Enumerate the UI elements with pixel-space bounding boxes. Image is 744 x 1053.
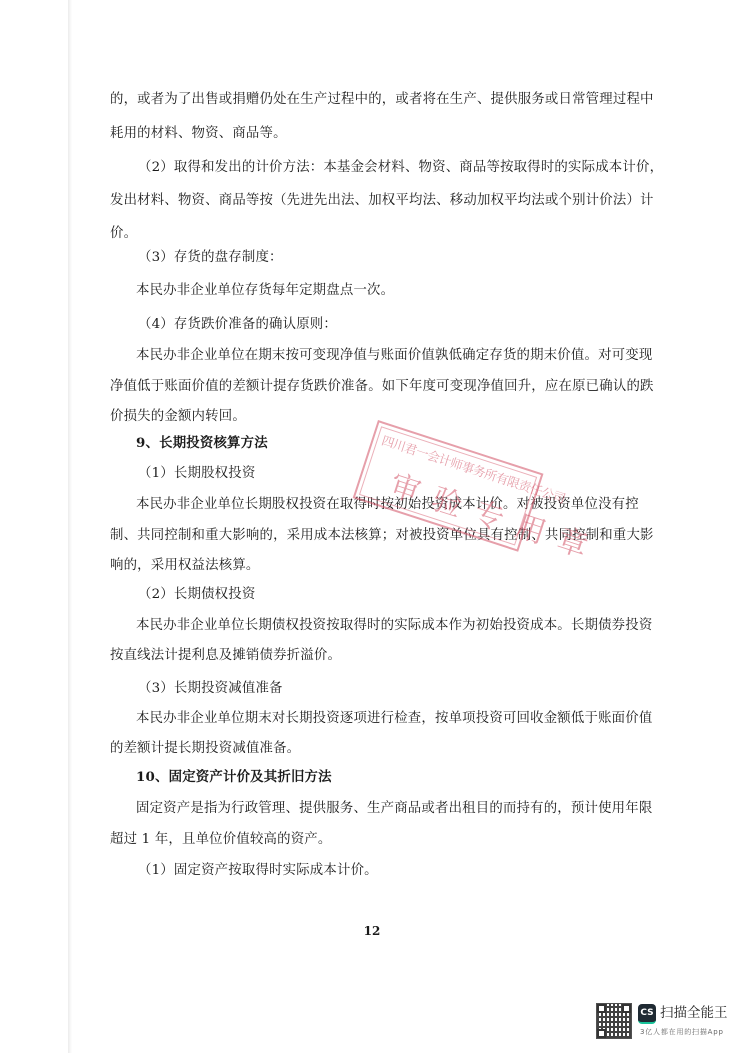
body-line: 耗用的材料、物资、商品等。 — [110, 125, 287, 143]
body-line: 固定资产是指为行政管理、提供服务、生产商品或者出租目的而持有的，预计使用年限 — [136, 800, 652, 818]
subsection-heading: （2）取得和发出的计价方法：本基金会材料、物资、商品等按取得时的实际成本计价， — [138, 159, 663, 177]
subsection-heading: （3）长期投资减值准备 — [138, 680, 283, 698]
camscanner-app-name: 扫描全能王 — [660, 1004, 728, 1022]
document-page: 的，或者为了出售或捐赠仍处在生产过程中的，或者将在生产、提供服务或日常管理过程中… — [0, 0, 744, 1053]
camscanner-logo-icon: CS — [638, 1004, 656, 1024]
subsection-heading: （3）存货的盘存制度： — [138, 249, 283, 267]
camscanner-tagline: 3亿人都在用的扫描App — [640, 1027, 724, 1037]
body-line: 的差额计提长期投资减值准备。 — [110, 740, 300, 758]
body-line: 制、共同控制和重大影响的，采用成本法核算；对被投资单位具有控制、共同控制和重大影 — [110, 527, 654, 545]
subsection-heading: （1）固定资产按取得时实际成本计价。 — [138, 862, 378, 880]
qr-finder-pattern — [622, 1004, 631, 1013]
qr-finder-pattern — [597, 1004, 606, 1013]
camscanner-watermark: CS 扫描全能王 3亿人都在用的扫描App — [596, 1000, 744, 1050]
body-line: 响的，采用权益法核算。 — [110, 557, 260, 575]
qr-code-icon — [596, 1003, 632, 1039]
subsection-heading: （2）长期债权投资 — [138, 586, 255, 604]
body-line: 本民办非企业单位长期股权投资在取得时按初始投资成本计价。对被投资单位没有控 — [136, 496, 639, 514]
qr-finder-pattern — [597, 1029, 606, 1038]
subsection-heading: （1）长期股权投资 — [138, 465, 255, 483]
body-line: 价损失的金额内转回。 — [110, 408, 246, 426]
section-heading-9: 9、长期投资核算方法 — [136, 434, 268, 452]
body-line: 净值低于账面价值的差额计提存货跌价准备。如下年度可变现净值回升，应在原已确认的跌 — [110, 378, 654, 396]
section-heading-10: 10、固定资产计价及其折旧方法 — [136, 768, 332, 786]
body-line: 的，或者为了出售或捐赠仍处在生产过程中的，或者将在生产、提供服务或日常管理过程中 — [110, 91, 654, 109]
body-line: 本民办非企业单位期末对长期投资逐项进行检查，按单项投资可回收金额低于账面价值 — [136, 710, 652, 728]
body-line: 本民办非企业单位长期债权投资按取得时的实际成本作为初始投资成本。长期债券投资 — [136, 617, 652, 635]
body-line: 价。 — [110, 225, 137, 243]
subsection-heading: （4）存货跌价准备的确认原则： — [138, 316, 337, 334]
body-line: 本民办非企业单位在期末按可变现净值与账面价值孰低确定存货的期末价值。对可变现 — [136, 347, 652, 365]
page-number: 12 — [0, 924, 744, 938]
body-line: 本民办非企业单位存货每年定期盘点一次。 — [136, 282, 394, 300]
body-line: 发出材料、物资、商品等按（先进先出法、加权平均法、移动加权平均法或个别计价法）计 — [110, 192, 654, 210]
body-line: 按直线法计提利息及摊销债券折溢价。 — [110, 647, 341, 665]
body-line: 超过 1 年，且单位价值较高的资产。 — [110, 831, 332, 849]
